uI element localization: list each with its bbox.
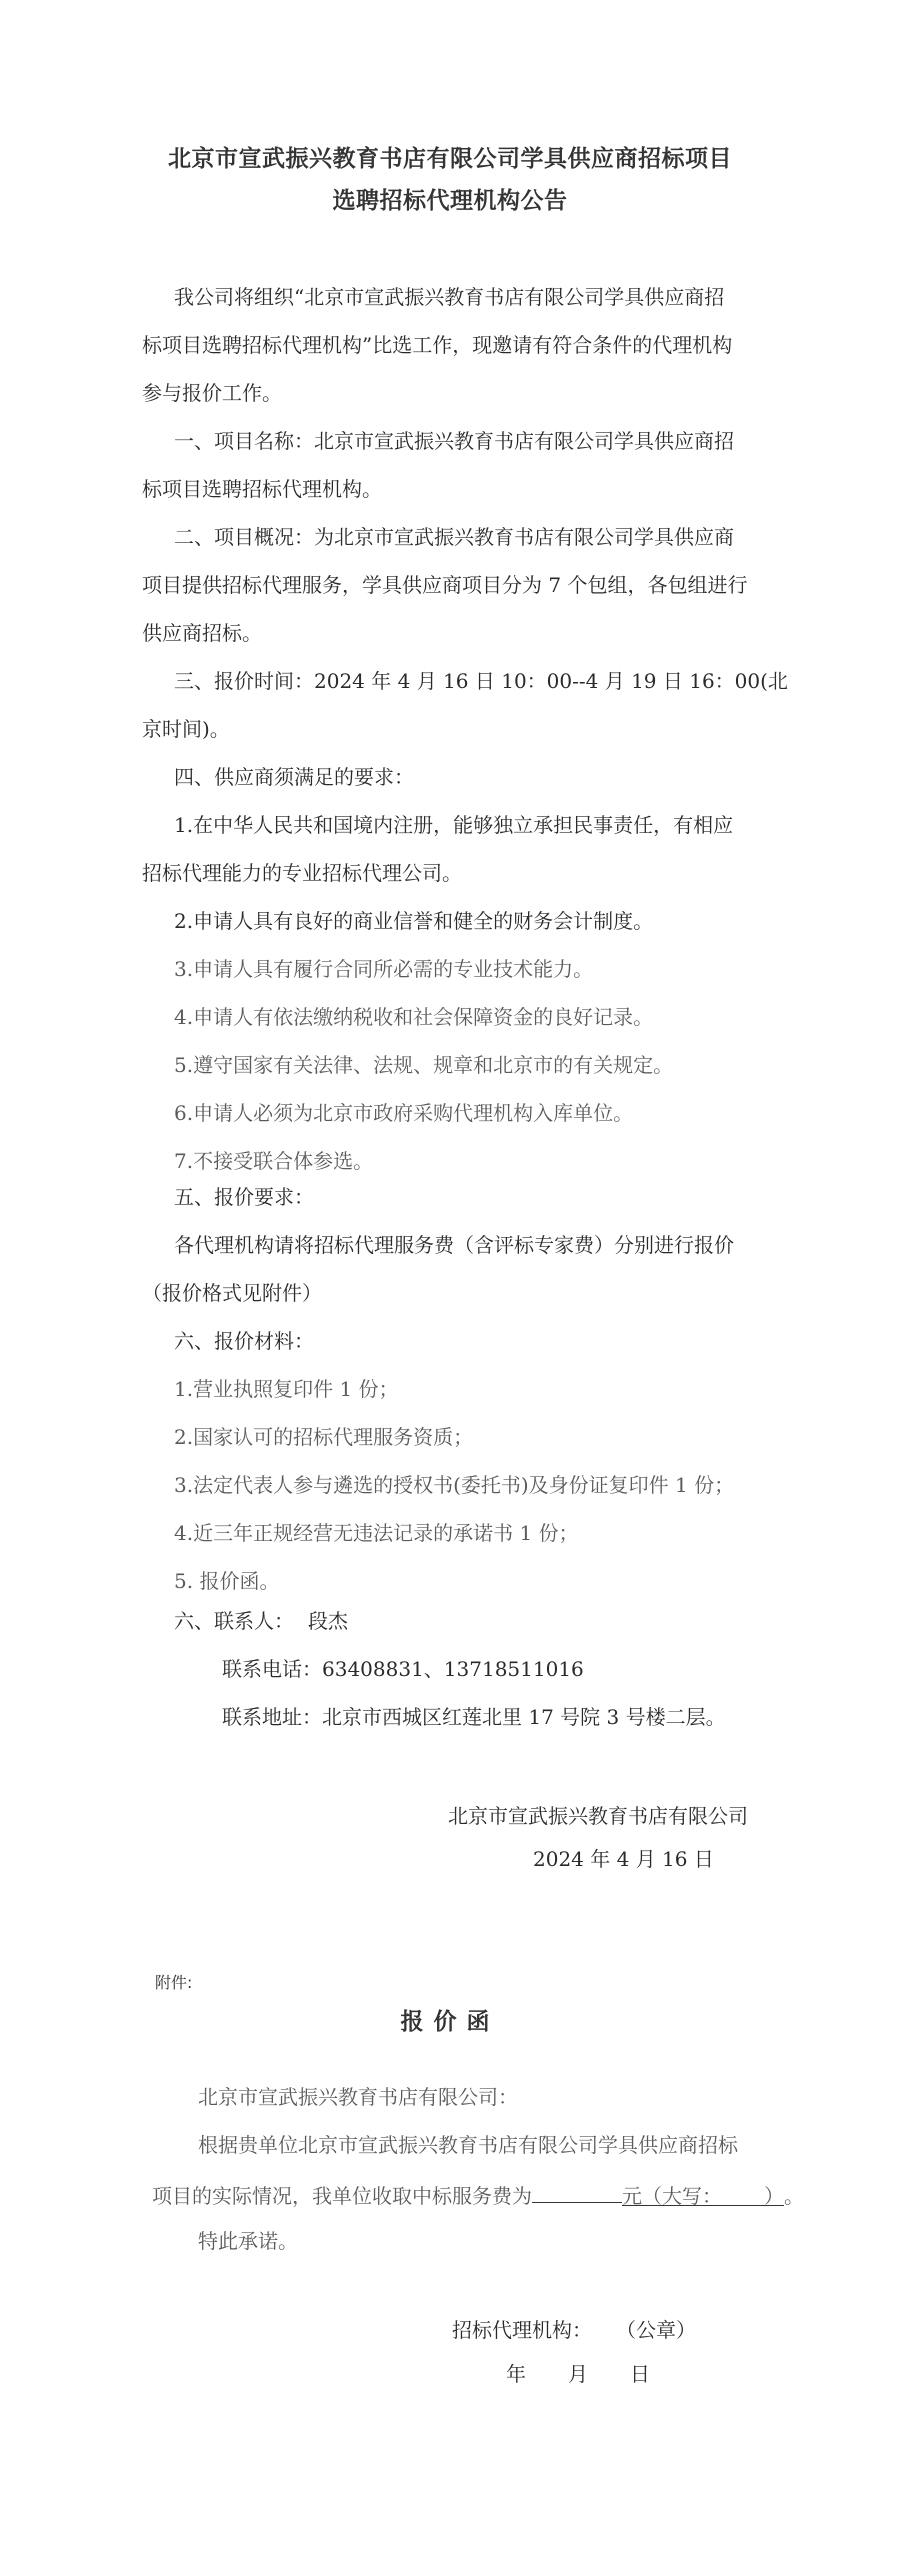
agency-label: 招标代理机构： [452, 2318, 592, 2342]
section-quote-time: 京时间)。 [142, 716, 798, 742]
letter-body-line: 根据贵单位北京市宣武振兴教育书店有限公司学具供应商招标 [198, 2132, 854, 2158]
intro-line: 标项目选聘招标代理机构”比选工作，现邀请有符合条件的代理机构 [142, 332, 798, 358]
requirement-item: 招标代理能力的专业招标代理公司。 [142, 860, 798, 886]
section-project-overview: 二、项目概况：为北京市宣武振兴教育书店有限公司学具供应商 [174, 524, 830, 550]
address-value: 北京市西城区红莲北里 17 号院 3 号楼二层。 [322, 1705, 726, 1729]
requirement-item: 6.申请人必须为北京市政府采购代理机构入库单位。 [174, 1100, 830, 1126]
section-quote-requirements-body: （报价格式见附件） [142, 1280, 798, 1306]
document-title-line2: 选聘招标代理机构公告 [0, 182, 900, 215]
material-item: 3.法定代表人参与遴选的授权书(委托书)及身份证复印件 1 份； [174, 1472, 830, 1498]
attachment-label: 附件: [155, 1970, 192, 1993]
material-item: 4.近三年正规经营无违法记录的承诺书 1 份； [174, 1520, 830, 1546]
section-project-name: 一、项目名称：北京市宣武振兴教育书店有限公司学具供应商招 [174, 428, 830, 454]
contact-address: 联系地址：北京市西城区红莲北里 17 号院 3 号楼二层。 [222, 1704, 878, 1730]
phone-label: 联系电话： [222, 1657, 322, 1681]
requirement-item: 7.不接受联合体参选。 [174, 1148, 830, 1174]
quotation-letter-title: 报价函 [0, 2003, 900, 2036]
section-quote-time: 三、报价时间：2024 年 4 月 16 日 10：00--4 月 19 日 1… [174, 668, 830, 694]
contact-phone: 联系电话：63408831、13718511016 [222, 1656, 878, 1682]
signature-date: 2024 年 4 月 16 日 [533, 1843, 714, 1872]
requirement-item: 1.在中华人民共和国境内注册，能够独立承担民事责任，有相应 [174, 812, 830, 838]
material-item: 1.营业执照复印件 1 份； [174, 1376, 830, 1402]
requirement-item: 4.申请人有依法缴纳税收和社会保障资金的良好记录。 [174, 1004, 830, 1030]
material-item: 5. 报价函。 [174, 1568, 830, 1594]
section-project-overview: 供应商招标。 [142, 620, 798, 646]
section-requirements-heading: 四、供应商须满足的要求： [174, 764, 830, 790]
fee-unit-label: 元（大写： [622, 2184, 722, 2208]
requirement-item: 5.遵守国家有关法律、法规、规章和北京市的有关规定。 [174, 1052, 830, 1078]
section-materials-heading: 六、报价材料： [174, 1328, 830, 1354]
letter-fee-line: 项目的实际情况，我单位收取中标服务费为元（大写：）。 [152, 2180, 808, 2209]
section-quote-requirements-body: 各代理机构请将招标代理服务费（含评标专家费）分别进行报价 [174, 1232, 830, 1258]
signature-company: 北京市宣武振兴教育书店有限公司 [448, 1800, 748, 1829]
date-day: 日 [630, 2362, 650, 2386]
fee-line-end: 。 [784, 2184, 804, 2208]
letter-closing: 特此承诺。 [198, 2228, 854, 2254]
letter-date: 年月日 [506, 2358, 650, 2387]
date-month: 月 [568, 2362, 588, 2386]
agency-signature: 招标代理机构：（公章） [452, 2314, 696, 2343]
seal-label: （公章） [616, 2318, 696, 2342]
contact-person: 六、联系人：段杰 [174, 1608, 830, 1634]
document-title-line1: 北京市宣武振兴教育书店有限公司学具供应商招标项目 [0, 140, 900, 173]
intro-line: 参与报价工作。 [142, 380, 798, 406]
section-project-overview: 项目提供招标代理服务，学具供应商项目分为 7 个包组，各包组进行 [142, 572, 798, 598]
document-page: 北京市宣武振兴教育书店有限公司学具供应商招标项目 选聘招标代理机构公告 我公司将… [0, 0, 900, 2572]
address-label: 联系地址： [222, 1705, 322, 1729]
letter-salutation: 北京市宣武振兴教育书店有限公司： [198, 2084, 854, 2110]
fee-close-paren: ） [764, 2184, 784, 2208]
fee-uppercase-blank[interactable]: 元（大写：） [622, 2183, 784, 2206]
requirement-item: 2.申请人具有良好的商业信誉和健全的财务会计制度。 [174, 908, 830, 934]
fee-line-prefix: 项目的实际情况，我单位收取中标服务费为 [152, 2184, 532, 2208]
fee-amount-blank[interactable] [532, 2180, 622, 2203]
section-project-name: 标项目选聘招标代理机构。 [142, 476, 798, 502]
section-quote-requirements-heading: 五、报价要求： [174, 1184, 830, 1210]
requirement-item: 3.申请人具有履行合同所必需的专业技术能力。 [174, 956, 830, 982]
date-year: 年 [506, 2362, 526, 2386]
phone-value: 63408831、13718511016 [322, 1657, 584, 1681]
intro-line: 我公司将组织“北京市宣武振兴教育书店有限公司学具供应商招 [174, 284, 830, 310]
contact-heading: 六、联系人： [174, 1609, 294, 1633]
material-item: 2.国家认可的招标代理服务资质； [174, 1424, 830, 1450]
contact-name: 段杰 [308, 1609, 348, 1633]
